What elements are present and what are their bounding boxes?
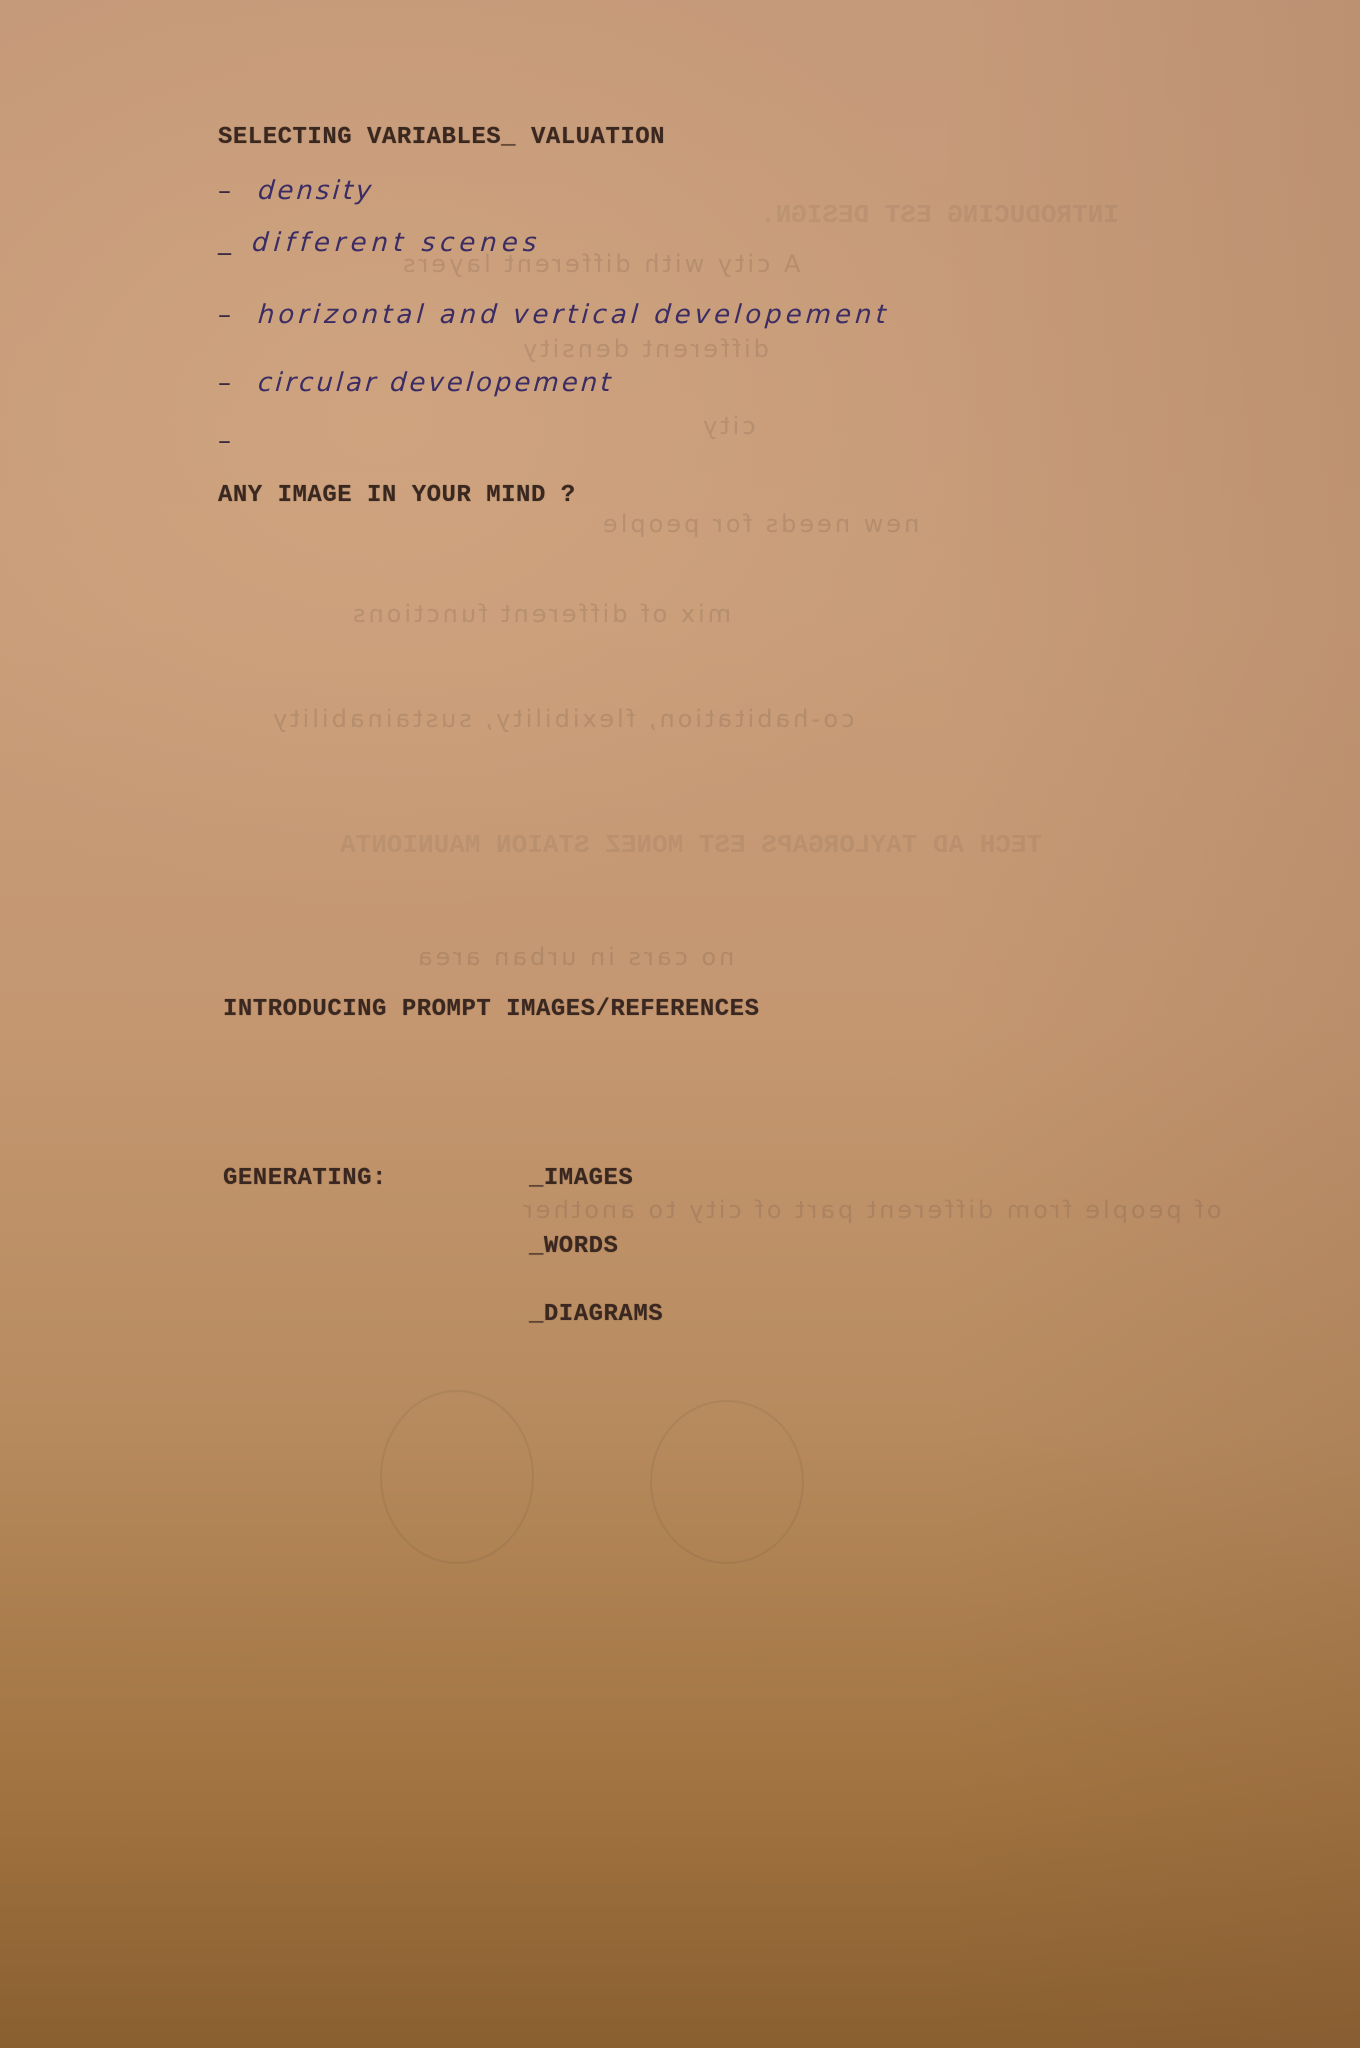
list-item: different scenes [251,228,543,258]
bleed-through-typed: TECH AD TAYLORGAPS EST MONEZ STAION MAUN… [340,830,1042,860]
bleed-through-line: co-habitation, flexibility, sustainabili… [270,705,854,733]
bleed-through-line: mix of different functions [350,600,731,628]
bleed-through-circle [650,1400,804,1564]
section-heading: INTRODUCING PROMPT IMAGES/REFERENCES [223,996,759,1023]
bleed-through-line: no cars in urban area [415,943,734,971]
list-bullet: – [218,426,231,456]
generating-label: GENERATING: [223,1165,387,1192]
bleed-through-line: different density [520,335,769,363]
list-bullet: – [218,368,231,398]
bleed-through-heading: INTRODUCING EST DESIGN. [760,200,1119,230]
list-bullet: _ [218,226,231,256]
generating-option-words: _WORDS [529,1233,618,1260]
generating-option-images: _IMAGES [529,1165,633,1192]
list-bullet: – [218,300,231,330]
bleed-through-line: new needs for people [600,510,919,538]
page-title: SELECTING VARIABLES_ VALUATION [218,124,665,151]
list-item: density [257,176,375,206]
list-bullet: – [218,176,231,206]
bleed-through-line: of people from different part of city to… [520,1196,1221,1224]
question-text: ANY IMAGE IN YOUR MIND ? [218,482,576,509]
page-shading [940,0,1360,2048]
list-item: circular developement [257,368,615,398]
generating-option-diagrams: _DIAGRAMS [529,1301,663,1328]
bleed-through-circle [380,1390,534,1564]
list-item: horizontal and vertical developement [257,300,891,330]
bleed-through-line: city [700,412,755,440]
